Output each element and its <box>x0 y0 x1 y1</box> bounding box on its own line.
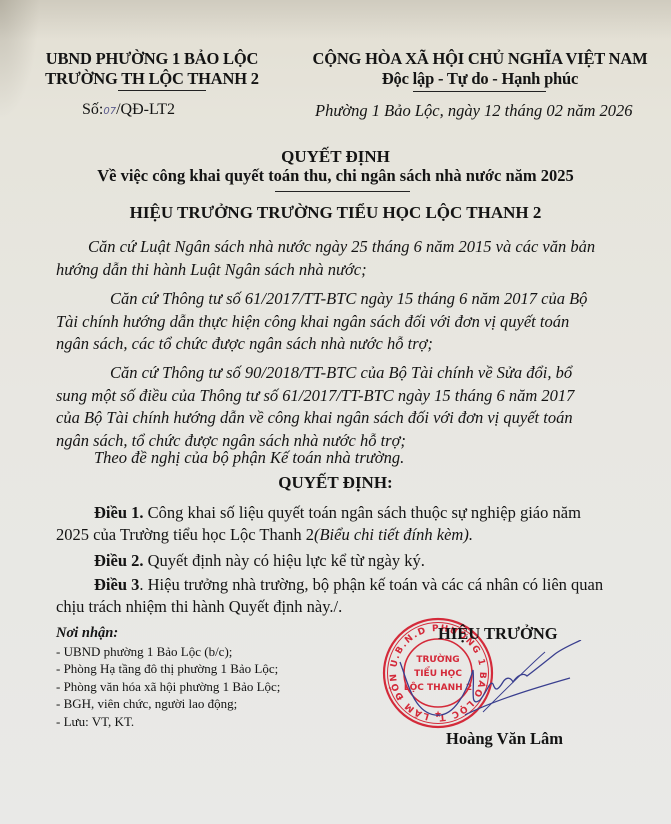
nation-header: CỘNG HÒA XÃ HỘI CHỦ NGHĨA VIỆT NAM Độc l… <box>305 49 655 89</box>
article-text: Công khai số liệu quyết toán ngân sách t… <box>144 503 581 522</box>
page-shadow <box>0 0 671 40</box>
handwritten-number: 07 <box>103 106 116 117</box>
document-subject: Về việc công khai quyết toán thu, chi ng… <box>0 166 671 186</box>
article-2: Điều 2. Quyết định này có hiệu lực kể từ… <box>56 550 626 572</box>
recipients-title: Nơi nhận: <box>56 625 280 643</box>
article-text: 2025 của Trường tiểu học Lộc Thanh 2 <box>56 525 314 544</box>
paragraph-line: ngân sách, các tổ chức được ngân sách nh… <box>56 333 626 356</box>
article-text: . Hiệu trưởng nhà trường, bộ phận kế toá… <box>139 575 603 594</box>
agency-underline <box>118 90 206 91</box>
preamble-paragraph: Căn cứ Thông tư số 61/2017/TT-BTC ngày 1… <box>56 288 626 356</box>
document-page: UBND PHƯỜNG 1 BẢO LỘC TRƯỜNG TH LỘC THAN… <box>0 0 671 824</box>
article-1: Điều 1. Công khai số liệu quyết toán ngâ… <box>56 502 626 546</box>
paragraph-line: Căn cứ Luật Ngân sách nhà nước ngày 25 t… <box>56 236 626 259</box>
recipient-item: - BGH, viên chức, người lao động; <box>56 695 280 713</box>
motto-underline <box>413 91 546 92</box>
paragraph-line: Theo đề nghị của bộ phận Kế toán nhà trư… <box>56 447 626 470</box>
preamble-paragraph: Theo đề nghị của bộ phận Kế toán nhà trư… <box>56 447 626 470</box>
preamble-paragraph: Căn cứ Thông tư số 90/2018/TT-BTC của Bộ… <box>56 362 626 452</box>
national-motto: Độc lập - Tự do - Hạnh phúc <box>305 69 655 89</box>
recipients-block: Nơi nhận: - UBND phường 1 Bảo Lộc (b/c);… <box>56 625 280 730</box>
signer-name: Hoàng Văn Lâm <box>446 729 563 749</box>
article-label: Điều 2. <box>94 551 144 570</box>
recipient-item: - Phòng văn hóa xã hội phường 1 Bảo Lộc; <box>56 678 280 696</box>
article-text: Quyết định này có hiệu lực kể từ ngày ký… <box>144 551 425 570</box>
article-label: Điều 1. <box>94 503 144 522</box>
paragraph-line: Tài chính hướng dẫn thực hiện công khai … <box>56 311 626 334</box>
article-3: Điều 3. Hiệu trưởng nhà trường, bộ phận … <box>56 574 626 618</box>
decision-heading: QUYẾT ĐỊNH: <box>0 473 671 493</box>
article-text: chịu trách nhiệm thi hành Quyết định này… <box>56 597 342 616</box>
recipient-item: - Phòng Hạ tầng đô thị phường 1 Bảo Lộc; <box>56 660 280 678</box>
handwritten-signature <box>395 640 595 730</box>
recipient-item: - Lưu: VT, KT. <box>56 713 280 731</box>
paragraph-line: Căn cứ Thông tư số 61/2017/TT-BTC ngày 1… <box>56 288 626 311</box>
place-date: Phường 1 Bảo Lộc, ngày 12 tháng 02 năm 2… <box>315 101 633 121</box>
number-suffix: /QĐ-LT2 <box>116 101 175 118</box>
nation-name: CỘNG HÒA XÃ HỘI CHỦ NGHĨA VIỆT NAM <box>305 49 655 69</box>
agency-header: UBND PHƯỜNG 1 BẢO LỘC TRƯỜNG TH LỘC THAN… <box>42 49 262 89</box>
paragraph-line: Căn cứ Thông tư số 90/2018/TT-BTC của Bộ… <box>56 362 626 385</box>
article-label: Điều 3 <box>94 575 139 594</box>
recipient-item: - UBND phường 1 Bảo Lộc (b/c); <box>56 643 280 661</box>
issuer-title: HIỆU TRƯỞNG TRƯỜNG TIỂU HỌC LỘC THANH 2 <box>0 203 671 223</box>
document-number: Số:07/QĐ-LT2 <box>82 101 175 119</box>
paragraph-line: của Bộ Tài chính hướng dẫn về công khai … <box>56 407 626 430</box>
page-shadow-corner <box>0 0 40 120</box>
preamble-paragraph: Căn cứ Luật Ngân sách nhà nước ngày 25 t… <box>56 236 626 281</box>
agency-line-1: UBND PHƯỜNG 1 BẢO LỘC <box>42 49 262 69</box>
article-attachment-note: (Biểu chi tiết đính kèm). <box>314 525 473 544</box>
number-prefix: Số: <box>82 101 103 118</box>
document-title: QUYẾT ĐỊNH <box>0 147 671 167</box>
paragraph-line: hướng dẫn thi hành Luật Ngân sách nhà nư… <box>56 259 626 282</box>
paragraph-line: sung một số điều của Thông tư số 61/2017… <box>56 385 626 408</box>
agency-line-2: TRƯỜNG TH LỘC THANH 2 <box>42 69 262 89</box>
title-divider <box>275 191 410 192</box>
